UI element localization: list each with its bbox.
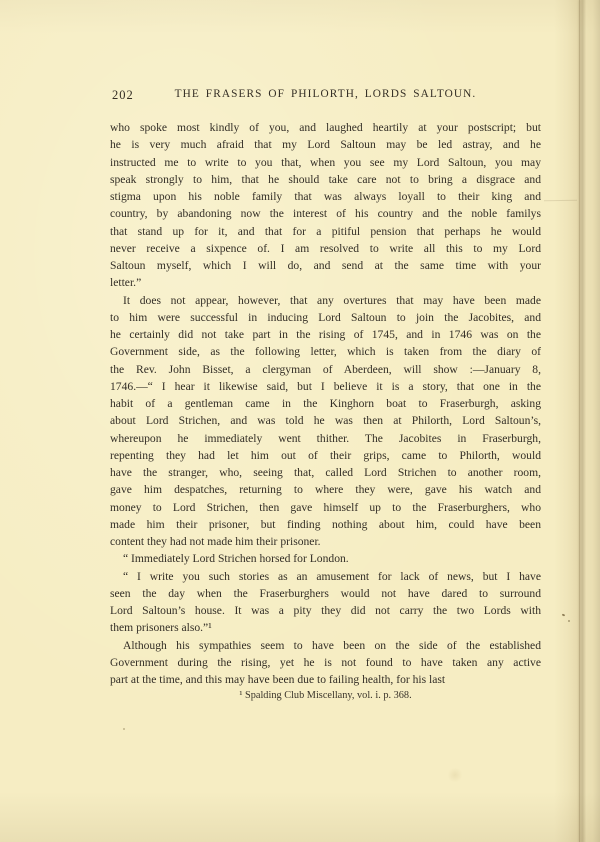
text-line: seen the day when the Fraserburghers wou… <box>110 585 541 602</box>
paper-crease <box>544 200 577 202</box>
ink-speck <box>568 620 570 622</box>
page-header: 202 THE FRASERS OF PHILORTH, LORDS SALTO… <box>110 88 541 100</box>
text-line: Government during the rising, yet he is … <box>110 654 541 671</box>
text-line: made him their prisoner, but finding not… <box>110 516 541 533</box>
text-line: habit of a gentleman came in the Kinghor… <box>110 395 541 412</box>
text-line: Government side, as the following letter… <box>110 343 541 360</box>
text-line: stigma upon his noble family that was al… <box>110 188 541 205</box>
text-line: repenting they had let him out of their … <box>110 447 541 464</box>
paragraph: who spoke most kindly of you, and laughe… <box>110 119 541 292</box>
text-line: them prisoners also.”¹ <box>110 619 541 636</box>
text-line: that stand up for it, and that for a pit… <box>110 223 541 240</box>
text-line: “ I write you such stories as an amuseme… <box>110 568 541 585</box>
scanned-book-page: { "colors": { "paper": "#f6edc3", "ink":… <box>0 0 600 842</box>
text-line: he is very much afraid that my Lord Salt… <box>110 136 541 153</box>
text-block: who spoke most kindly of you, and laughe… <box>110 119 541 688</box>
text-line: country, by abandoning now the interest … <box>110 205 541 222</box>
paper-stain <box>447 768 463 782</box>
paragraph: Although his sympathies seem to have bee… <box>110 637 541 689</box>
ink-speck <box>123 728 125 730</box>
paragraph: “ Immediately Lord Strichen horsed for L… <box>110 550 541 567</box>
text-line: instructed me to write to you that, when… <box>110 154 541 171</box>
paragraph: “ I write you such stories as an amuseme… <box>110 568 541 637</box>
text-line: whereupon he immediately went thither. T… <box>110 430 541 447</box>
text-line: speak strongly to him, that he should ta… <box>110 171 541 188</box>
right-page-edge-shadow <box>554 0 600 842</box>
text-line: about Lord Strichen, and was told he was… <box>110 412 541 429</box>
text-line: the Rev. John Bisset, a clergyman of Abe… <box>110 361 541 378</box>
text-line: Lord Saltoun’s house. It was a pity they… <box>110 602 541 619</box>
text-line: Although his sympathies seem to have bee… <box>110 637 541 654</box>
text-line: 1746.—“ I hear it likewise said, but I b… <box>110 378 541 395</box>
text-line: content they had not made him their pris… <box>110 533 541 550</box>
text-line: have the stranger, who, seeing that, cal… <box>110 464 541 481</box>
text-line: part at the time, and this may have been… <box>110 671 541 688</box>
page-edge-line <box>579 0 580 842</box>
footnote: ¹ Spalding Club Miscellany, vol. i. p. 3… <box>110 690 541 701</box>
ink-speck <box>562 613 566 616</box>
text-line: never receive a sixpence of. I am resolv… <box>110 240 541 257</box>
text-line: to him were successful in inducing Lord … <box>110 309 541 326</box>
running-title: THE FRASERS OF PHILORTH, LORDS SALTOUN. <box>110 88 541 100</box>
text-line: he certainly did not take part in the ri… <box>110 326 541 343</box>
text-line: Saltoun myself, which I will do, and sen… <box>110 257 541 274</box>
text-line: who spoke most kindly of you, and laughe… <box>110 119 541 136</box>
text-line: money to Lord Strichen, then gave himsel… <box>110 499 541 516</box>
text-line: It does not appear, however, that any ov… <box>110 292 541 309</box>
text-line: “ Immediately Lord Strichen horsed for L… <box>110 550 541 567</box>
text-line: letter.” <box>110 274 541 291</box>
text-line: gave him despatches, returning to where … <box>110 481 541 498</box>
page-number: 202 <box>112 88 134 103</box>
paragraph: It does not appear, however, that any ov… <box>110 292 541 551</box>
